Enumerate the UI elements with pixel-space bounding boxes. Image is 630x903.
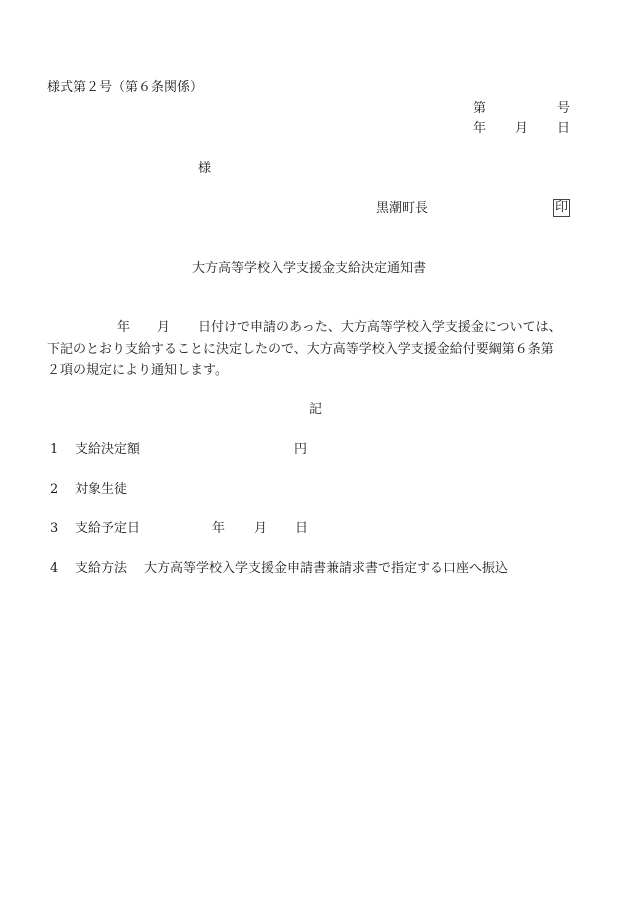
body-line-3: ２項の規定により通知します。 bbox=[47, 364, 228, 377]
doc-number-prefix: 第 bbox=[473, 102, 486, 115]
item-2-label: 対象生徒 bbox=[75, 483, 127, 496]
doc-date-month: 月 bbox=[515, 122, 528, 135]
form-label: 様式第２号（第６条関係） bbox=[47, 81, 203, 94]
doc-date-year: 年 bbox=[473, 122, 486, 135]
item-4-value: 大方高等学校入学支援金申請書兼請求書で指定する口座へ振込 bbox=[144, 562, 508, 575]
item-3-label: 支給予定日 bbox=[75, 522, 140, 535]
body-date-month: 月 bbox=[157, 321, 170, 334]
document-title: 大方高等学校入学支援金支給決定通知書 bbox=[192, 262, 426, 275]
ki-heading: 記 bbox=[309, 403, 322, 416]
item-1-label: 支給決定額 bbox=[75, 443, 140, 456]
seal-mark: 印 bbox=[553, 199, 570, 217]
item-3-number: 3 bbox=[50, 522, 58, 535]
item-3-year: 年 bbox=[212, 522, 225, 535]
issuer-seal: 印 bbox=[553, 199, 570, 217]
item-1-value: 円 bbox=[294, 443, 307, 456]
item-1-number: 1 bbox=[50, 443, 58, 456]
item-2-number: 2 bbox=[50, 483, 58, 496]
doc-number-suffix: 号 bbox=[557, 102, 570, 115]
addressee-suffix: 様 bbox=[198, 162, 211, 175]
item-3-day: 日 bbox=[295, 522, 308, 535]
doc-date-day: 日 bbox=[557, 122, 570, 135]
item-4-number: 4 bbox=[50, 562, 58, 575]
issuer-name: 黒潮町長 bbox=[376, 202, 428, 215]
item-4-label: 支給方法 bbox=[75, 562, 127, 575]
body-line-1: 日付けで申請のあった、大方高等学校入学支援金については、 bbox=[198, 321, 562, 334]
body-line-2: 下記のとおり支給することに決定したので、大方高等学校入学支援金給付要綱第６条第 bbox=[47, 343, 554, 356]
body-date-year: 年 bbox=[117, 321, 130, 334]
item-3-month: 月 bbox=[254, 522, 267, 535]
